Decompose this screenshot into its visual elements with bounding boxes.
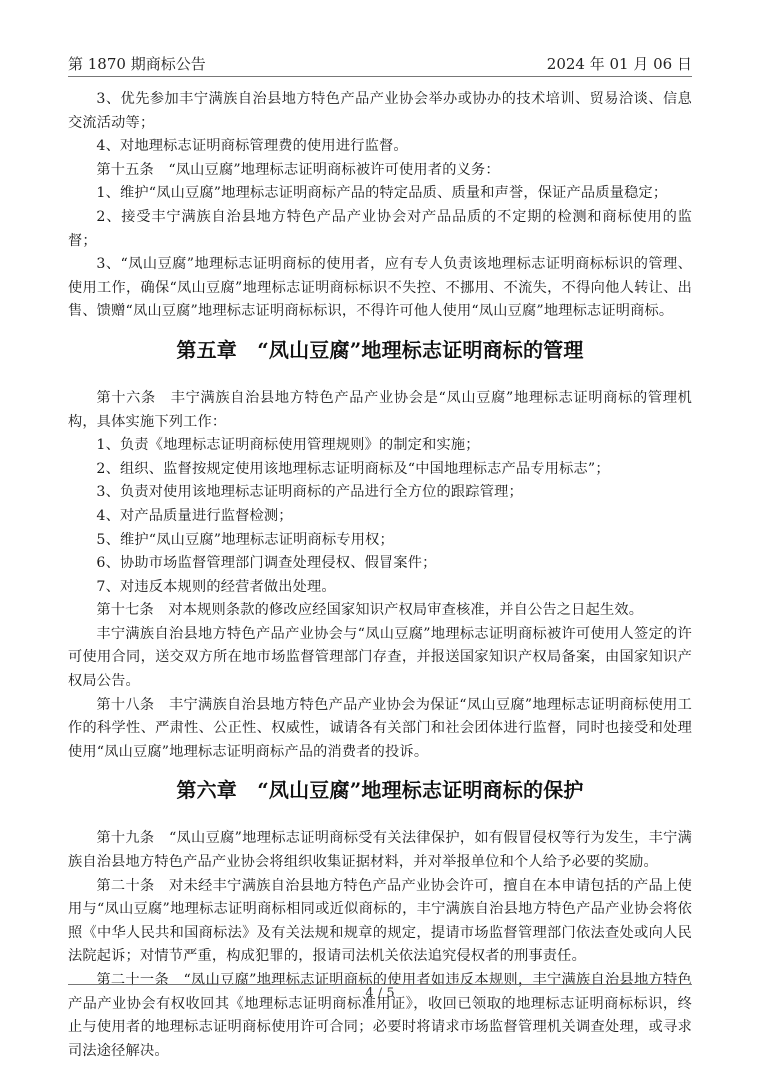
page-number: 4 / 5 <box>0 986 760 1001</box>
list-item: 4、对产品质量进行监督检测； <box>68 505 692 529</box>
paragraph: 2、接受丰宁满族自治县地方特色产品产业协会对产品品质的不定期的检测和商标使用的监… <box>68 206 692 253</box>
list-item: 3、负责对使用该地理标志证明商标的产品进行全方位的跟踪管理； <box>68 481 692 505</box>
article-19: 第十九条 “凤山豆腐”地理标志证明商标受有关法律保护，如有假冒侵权等行为发生，丰… <box>68 827 692 874</box>
article-17: 第十七条 对本规则条款的修改应经国家知识产权局审查核准，并自公告之日起生效。 <box>68 599 692 623</box>
chapter-5-title: 第五章 “凤山豆腐”地理标志证明商标的管理 <box>68 337 692 363</box>
document-page: 第 1870 期商标公告 2024 年 01 月 06 日 3、优先参加丰宁满族… <box>0 0 760 1075</box>
list-item: 6、协助市场监督管理部门调查处理侵权、假冒案件； <box>68 552 692 576</box>
paragraph: 丰宁满族自治县地方特色产品产业协会与“凤山豆腐”地理标志证明商标被许可使用人签定… <box>68 623 692 694</box>
article-18: 第十八条 丰宁满族自治县地方特色产品产业协会为保证“凤山豆腐”地理标志证明商标使… <box>68 694 692 765</box>
paragraph: 3、优先参加丰宁满族自治县地方特色产品产业协会举办或协办的技术培训、贸易洽谈、信… <box>68 88 692 135</box>
publication-issue: 第 1870 期商标公告 <box>68 53 206 74</box>
chapter-6-title: 第六章 “凤山豆腐”地理标志证明商标的保护 <box>68 777 692 803</box>
document-body: 3、优先参加丰宁满族自治县地方特色产品产业协会举办或协办的技术培训、贸易洽谈、信… <box>68 88 692 1063</box>
publication-date: 2024 年 01 月 06 日 <box>547 53 692 74</box>
article-20: 第二十条 对未经丰宁满族自治县地方特色产品产业协会许可，擅自在本申请包括的产品上… <box>68 875 692 969</box>
list-item: 7、对违反本规则的经营者做出处理。 <box>68 576 692 600</box>
article-16: 第十六条 丰宁满族自治县地方特色产品产业协会是“凤山豆腐”地理标志证明商标的管理… <box>68 387 692 434</box>
page-header: 第 1870 期商标公告 2024 年 01 月 06 日 <box>68 52 692 77</box>
list-item: 2、组织、监督按规定使用该地理标志证明商标及“中国地理标志产品专用标志”； <box>68 458 692 482</box>
paragraph: 1、维护“凤山豆腐”地理标志证明商标产品的特定品质、质量和声誉，保证产品质量稳定… <box>68 182 692 206</box>
article-15: 第十五条 “凤山豆腐”地理标志证明商标被许可使用者的义务： <box>68 159 692 183</box>
list-item: 1、负责《地理标志证明商标使用管理规则》的制定和实施； <box>68 434 692 458</box>
list-item: 5、维护“凤山豆腐”地理标志证明商标专用权； <box>68 529 692 553</box>
paragraph: 4、对地理标志证明商标管理费的使用进行监督。 <box>68 135 692 159</box>
paragraph: 3、“凤山豆腐”地理标志证明商标的使用者，应有专人负责该地理标志证明商标标识的管… <box>68 253 692 324</box>
footer-divider <box>68 984 692 985</box>
